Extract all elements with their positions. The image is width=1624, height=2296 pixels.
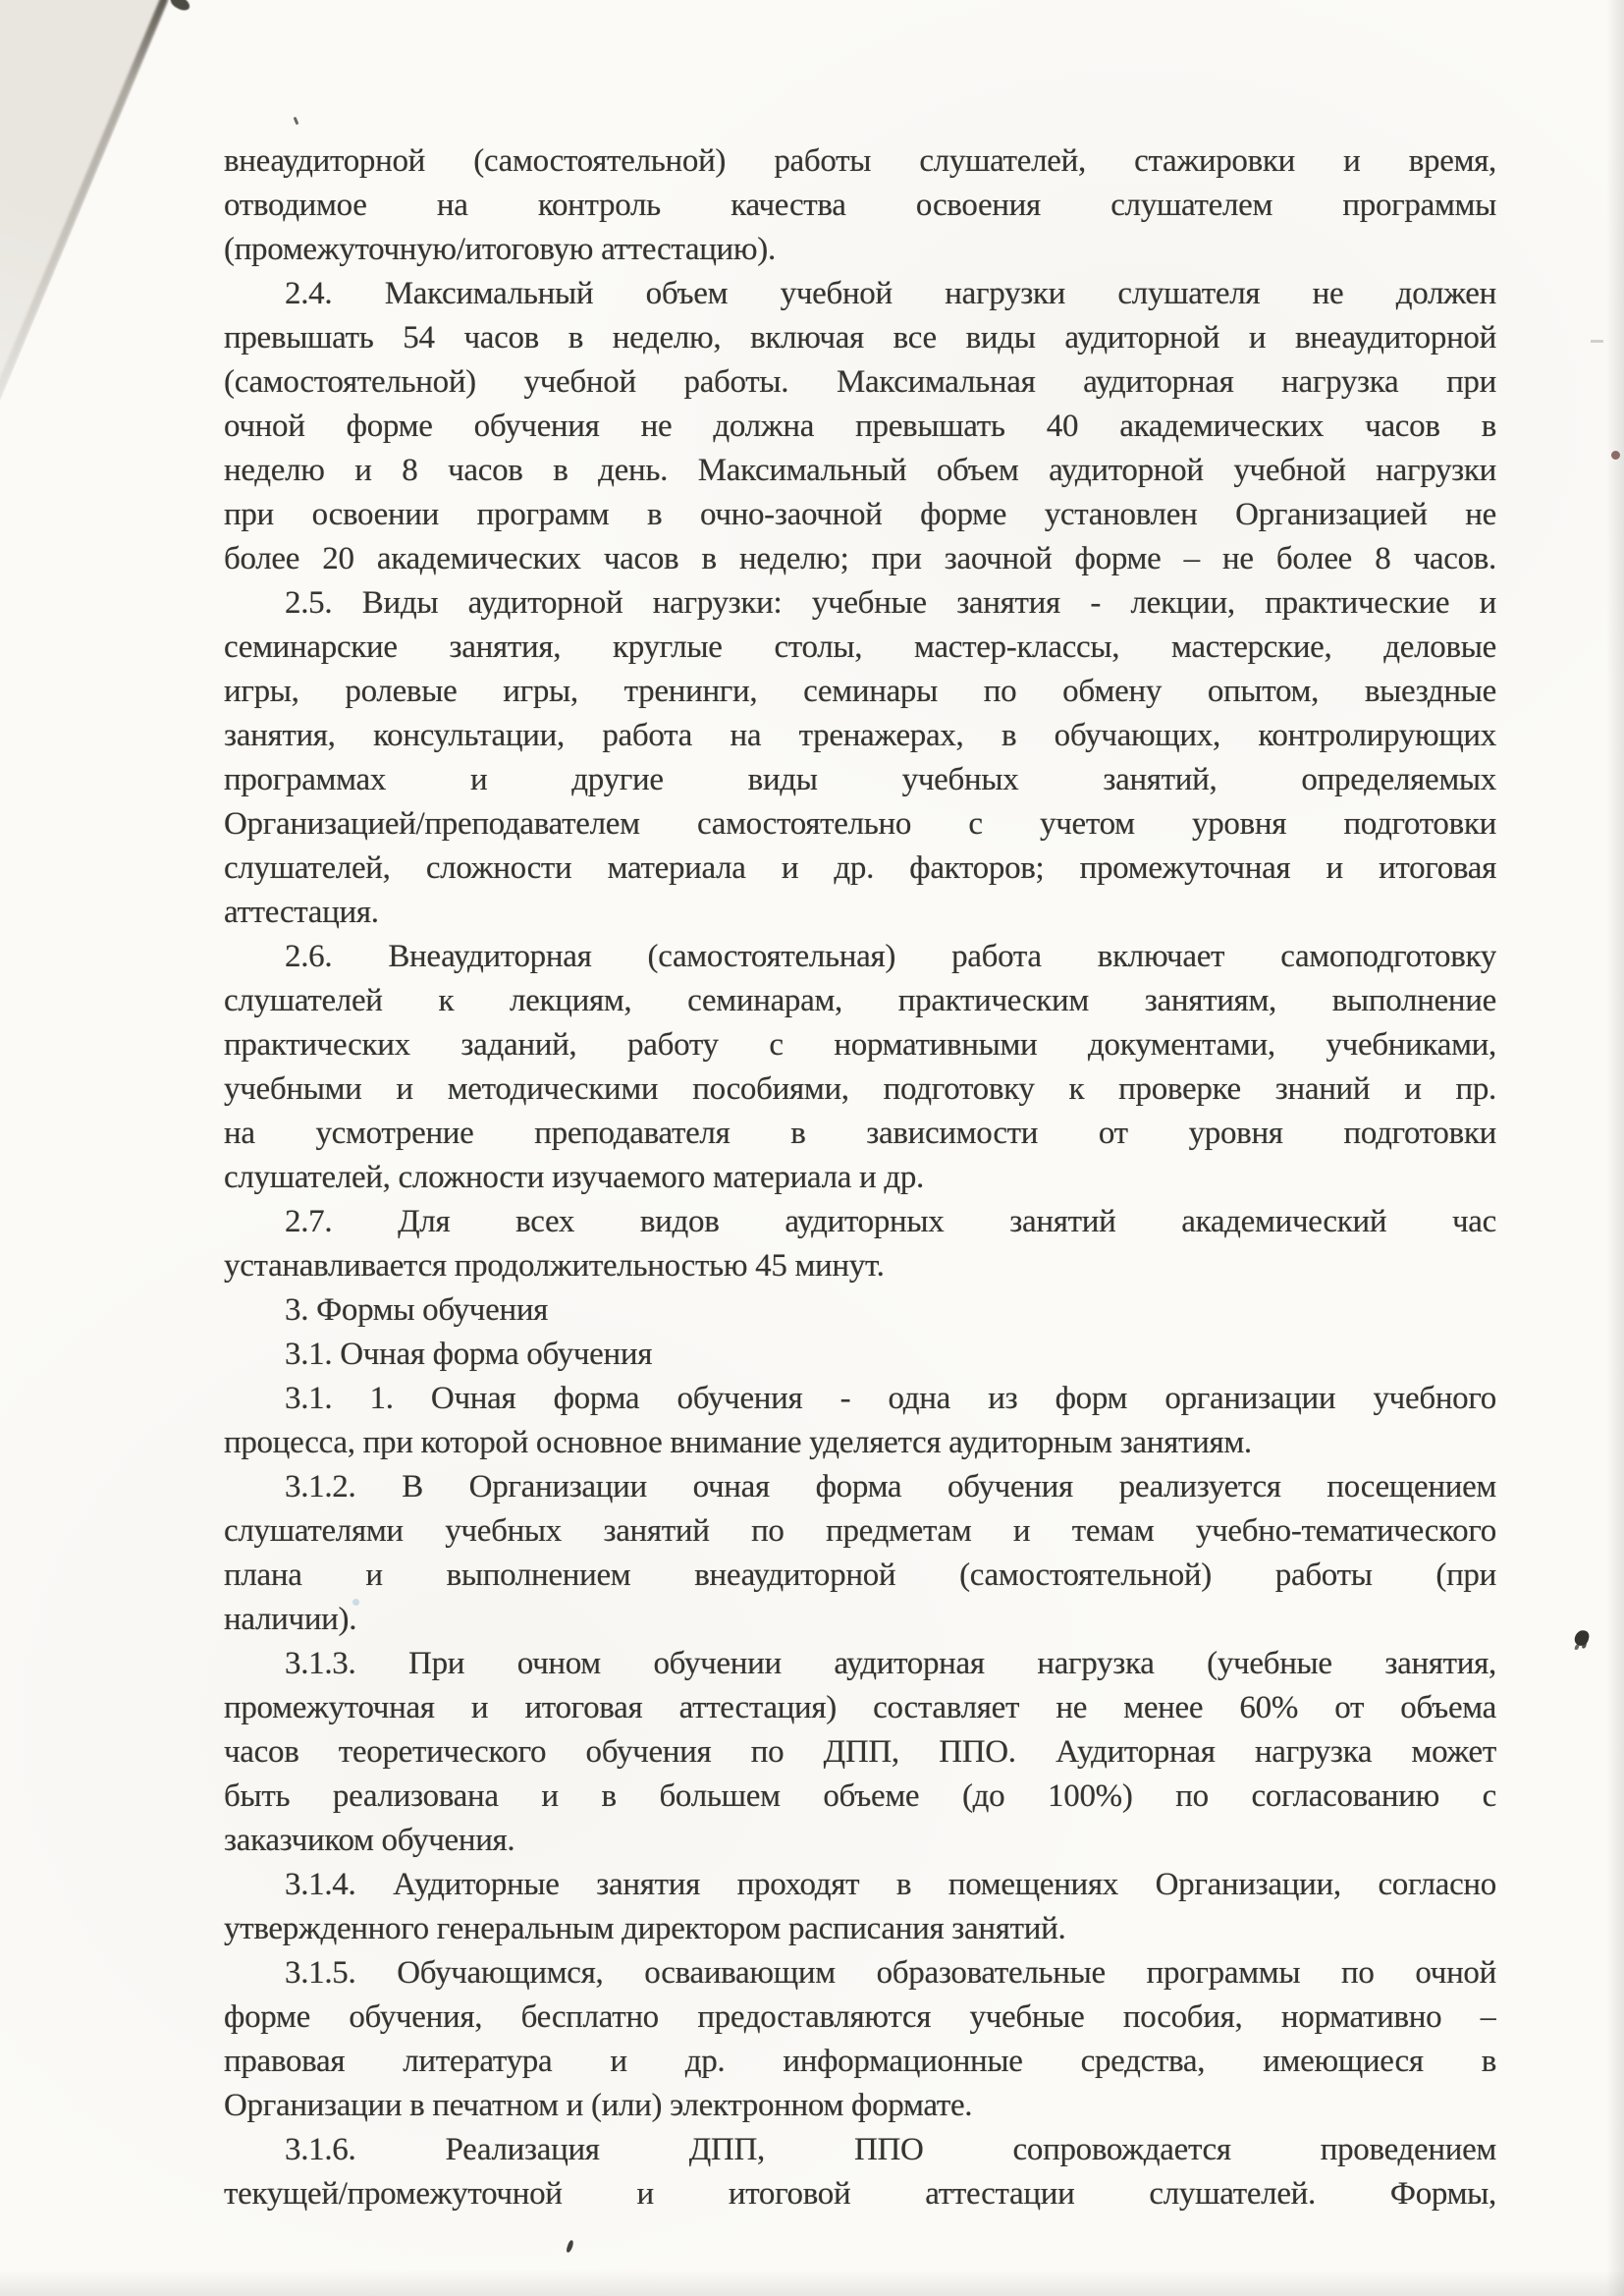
text-line: слушателями учебных занятий по предметам… [224, 1509, 1496, 1554]
text-line: устанавливается продолжительностью 45 ми… [224, 1244, 1496, 1288]
text-line: 2.6. Внеаудиторная (самостоятельная) раб… [224, 935, 1496, 979]
text-line: 2.4. Максимальный объем учебной нагрузки… [224, 272, 1496, 316]
text-line: внеаудиторной (самостоятельной) работы с… [224, 139, 1496, 184]
folded-corner [0, 0, 169, 401]
text-line: очной форме обучения не должна превышать… [224, 405, 1496, 449]
text-line: правовая литература и др. информационные… [224, 2040, 1496, 2084]
text-line: 3.1.5. Обучающимся, осваивающим образова… [224, 1951, 1496, 1995]
text-line: плана и выполнением внеаудиторной (самос… [224, 1554, 1496, 1598]
text-line: 3.1.3. При очном обучении аудиторная наг… [224, 1642, 1496, 1686]
document-text: внеаудиторной (самостоятельной) работы с… [224, 139, 1496, 2216]
text-line: форме обучения, бесплатно предоставляютс… [224, 1995, 1496, 2040]
text-line: часов теоретического обучения по ДПП, ПП… [224, 1730, 1496, 1775]
text-line: наличии). [224, 1598, 1496, 1642]
text-line: занятия, консультации, работа на тренаже… [224, 714, 1496, 758]
text-line: текущей/промежуточной и итоговой аттеста… [224, 2172, 1496, 2216]
text-line: (промежуточную/итоговую аттестацию). [224, 228, 1496, 272]
text-line: при освоении программ в очно-заочной фор… [224, 493, 1496, 537]
text-line: процесса, при которой основное внимание … [224, 1421, 1496, 1465]
text-line: 3.1.2. В Организации очная форма обучени… [224, 1465, 1496, 1509]
text-line: программах и другие виды учебных занятий… [224, 758, 1496, 802]
text-line: более 20 академических часов в неделю; п… [224, 537, 1496, 581]
faint-dash-mark [1591, 340, 1603, 343]
text-line: Организации в печатном и (или) электронн… [224, 2084, 1496, 2128]
text-line: слушателей, сложности изучаемого материа… [224, 1156, 1496, 1200]
text-line: аттестация. [224, 891, 1496, 935]
fold-tip-mark [168, 0, 191, 13]
text-line: 3.1.4. Аудиторные занятия проходят в пом… [224, 1863, 1496, 1907]
text-line: быть реализована и в большем объеме (до … [224, 1775, 1496, 1819]
text-line: утвержденного генеральным директором рас… [224, 1907, 1496, 1951]
dust-speck [294, 117, 299, 126]
text-line: заказчиком обучения. [224, 1819, 1496, 1863]
text-line: на усмотрение преподавателя в зависимост… [224, 1112, 1496, 1156]
text-line: превышать 54 часов в неделю, включая все… [224, 316, 1496, 360]
text-line: игры, ролевые игры, тренинги, семинары п… [224, 670, 1496, 714]
text-line: 2.5. Виды аудиторной нагрузки: учебные з… [224, 581, 1496, 626]
text-line: 3.1.6. Реализация ДПП, ППО сопровождаетс… [224, 2128, 1496, 2172]
scanned-page: внеаудиторной (самостоятельной) работы с… [0, 0, 1624, 2296]
text-line: промежуточная и итоговая аттестация) сос… [224, 1686, 1496, 1730]
text-line: учебными и методическими пособиями, подг… [224, 1067, 1496, 1112]
text-line: семинарские занятия, круглые столы, маст… [224, 626, 1496, 670]
scan-edge-band-right [1606, 0, 1624, 2296]
text-line: (самостоятельной) учебной работы. Максим… [224, 360, 1496, 405]
stray-mark [566, 2240, 574, 2254]
text-line: 3.1. Очная форма обучения [224, 1333, 1496, 1377]
text-line: слушателей, сложности материала и др. фа… [224, 847, 1496, 891]
text-line: слушателей к лекциям, семинарам, практич… [224, 979, 1496, 1023]
text-line: практических заданий, работу с нормативн… [224, 1023, 1496, 1067]
ink-speck [1573, 1629, 1590, 1648]
red-speck [1611, 451, 1620, 460]
text-line: 2.7. Для всех видов аудиторных занятий а… [224, 1200, 1496, 1244]
text-line: отводимое на контроль качества освоения … [224, 184, 1496, 228]
scan-edge-band-bottom [0, 2270, 1624, 2296]
text-line: неделю и 8 часов в день. Максимальный об… [224, 449, 1496, 493]
text-line: 3.1. 1. Очная форма обучения - одна из ф… [224, 1377, 1496, 1421]
text-line: 3. Формы обучения [224, 1288, 1496, 1333]
text-line: Организацией/преподавателем самостоятель… [224, 802, 1496, 847]
